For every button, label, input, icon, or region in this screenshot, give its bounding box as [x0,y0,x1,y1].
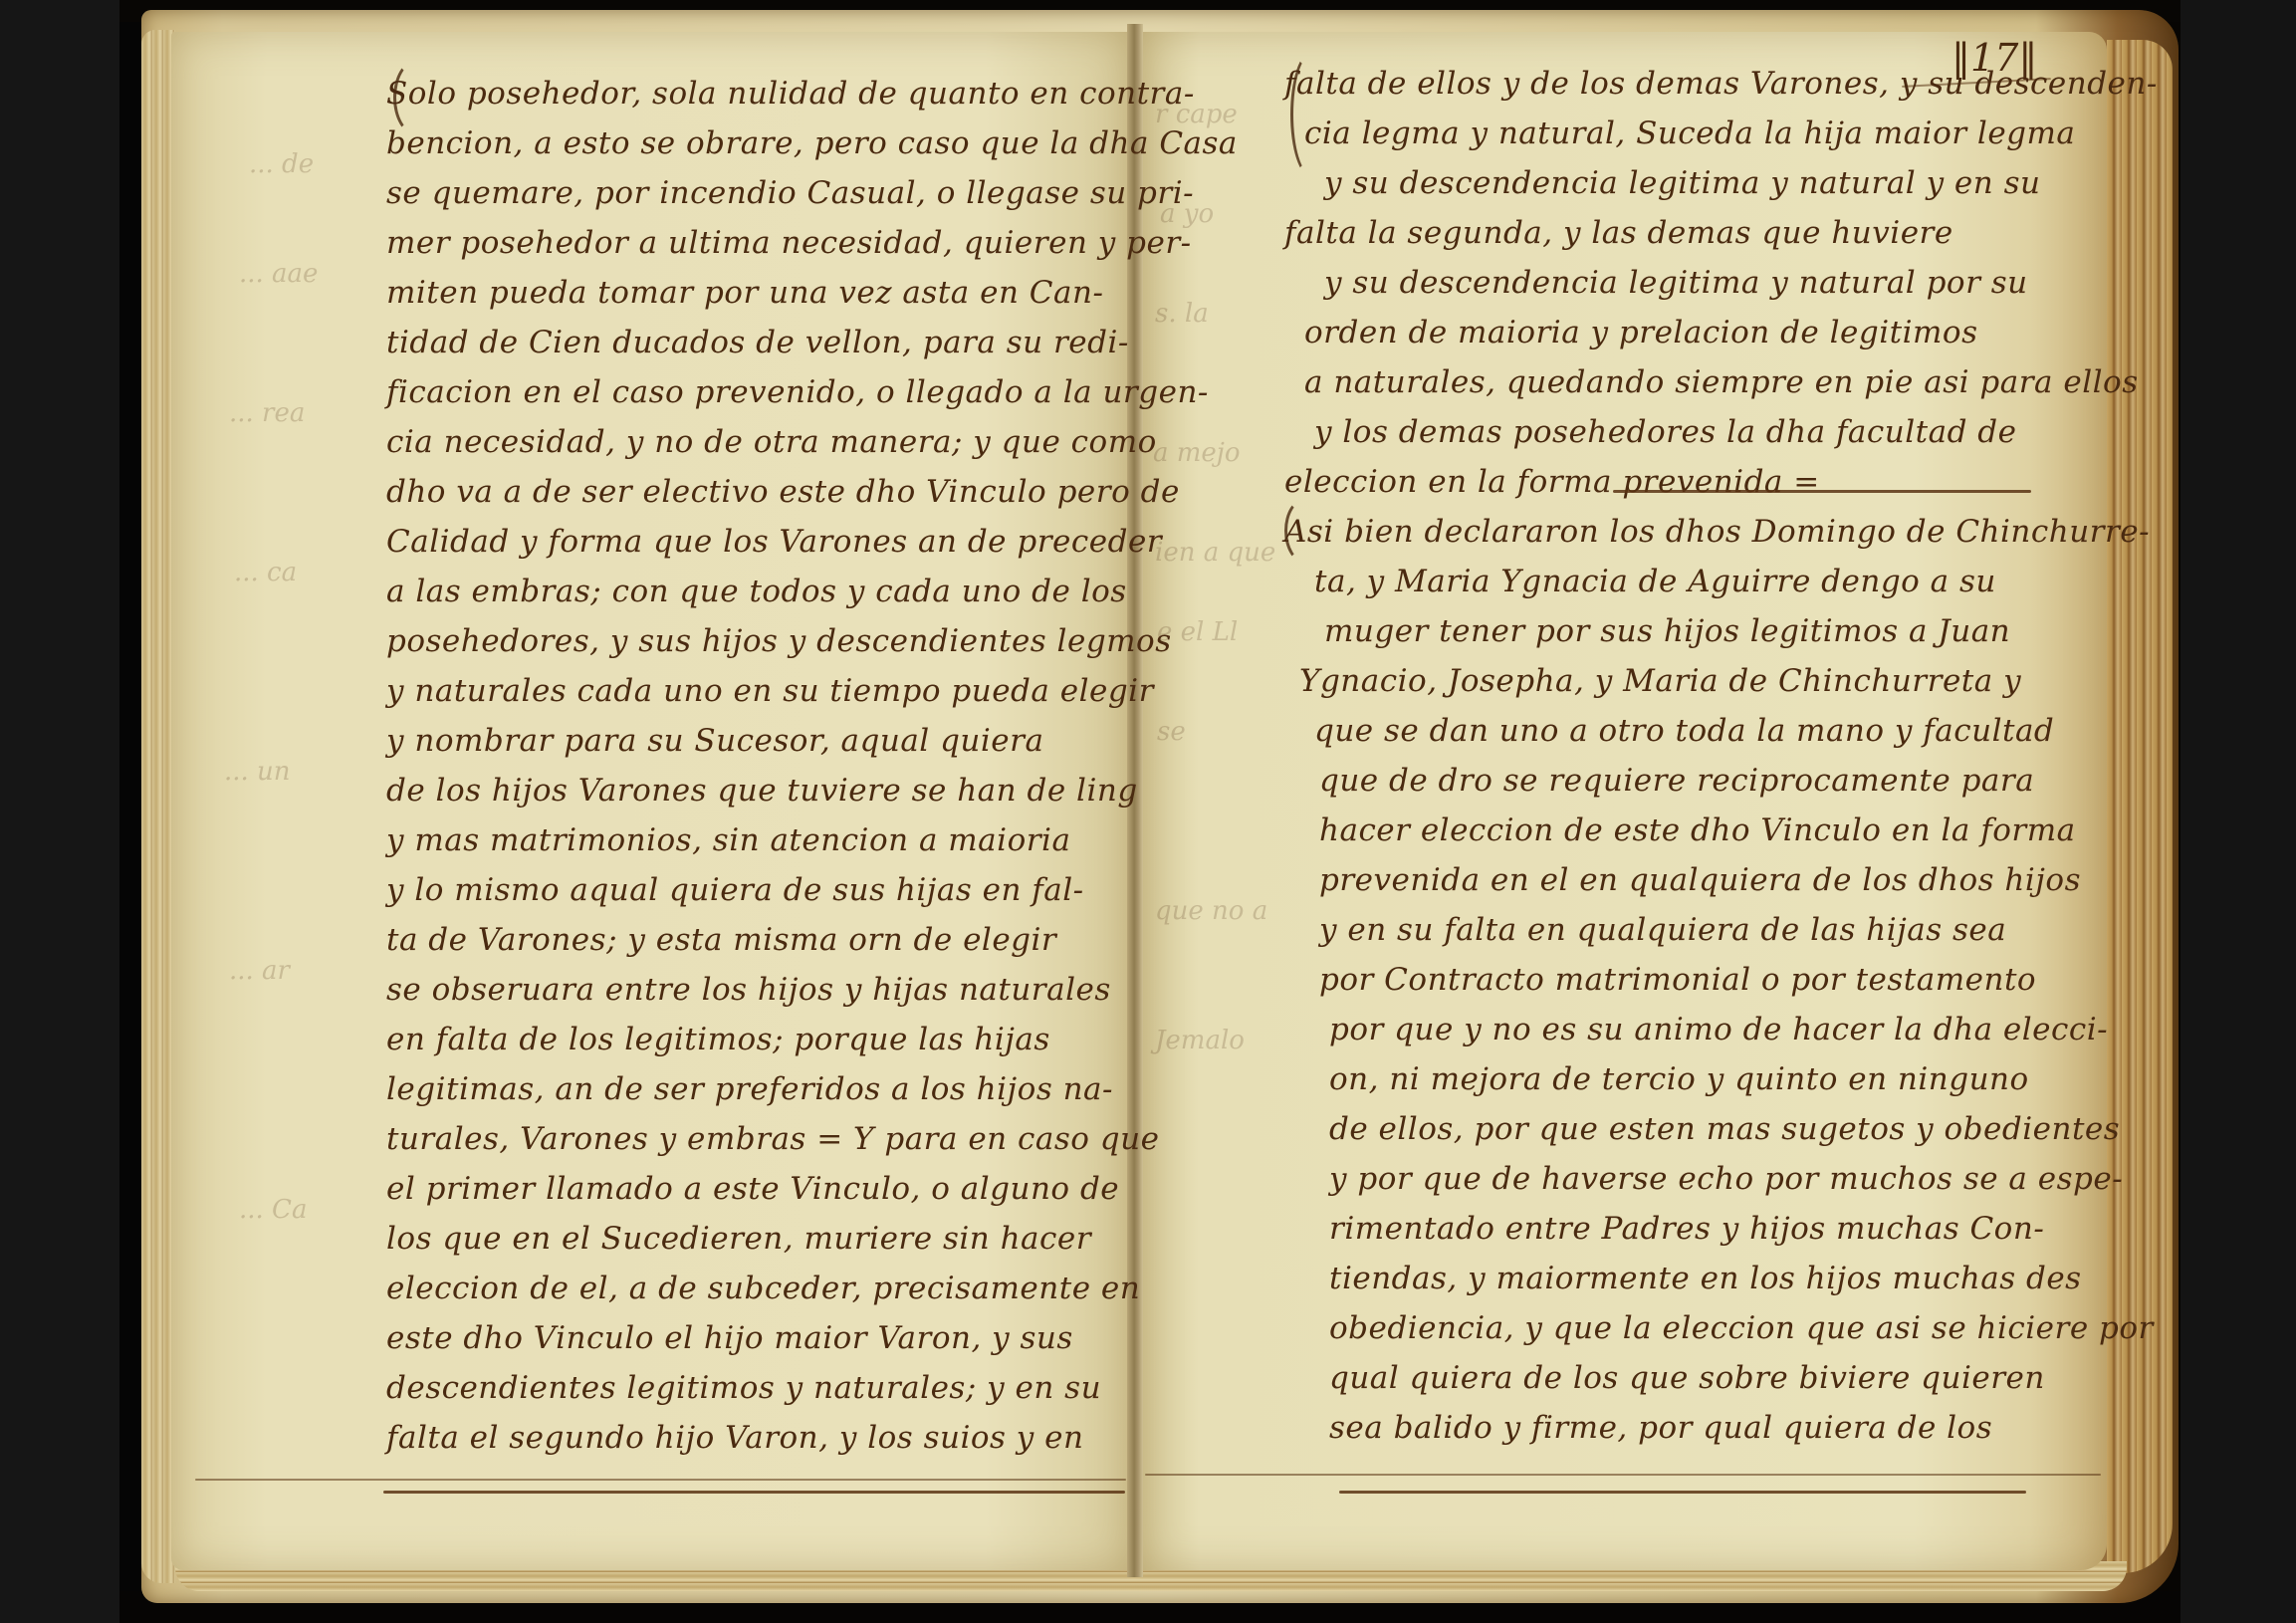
manuscript-line: a las embras; con que todos y cada uno d… [386,574,1127,609]
manuscript-line: y nombrar para su Sucesor, aqual quiera [386,723,1043,759]
manuscript-line: y lo mismo aqual quiera de sus hijas en … [386,872,1084,908]
paragraph-end-rule [1613,490,2031,493]
page-border-rule [195,1479,1126,1481]
manuscript-line: en falta de los legitimos; porque las hi… [386,1022,1050,1057]
bleed-through-mark: ... ar [229,956,290,986]
manuscript-line: a naturales, quedando siempre en pie asi… [1304,364,2139,400]
manuscript-line: mer posehedor a ultima necesidad, quiere… [386,225,1192,261]
closing-line-rule [1339,1491,2026,1494]
manuscript-line: tiendas, y maiormente en los hijos mucha… [1329,1261,2082,1296]
bleed-through-mark: se [1157,717,1186,747]
bleed-through-mark: a mejo [1153,438,1241,468]
manuscript-line: los que en el Sucedieren, muriere sin ha… [386,1221,1091,1257]
manuscript-line: obediencia, y que la eleccion que asi se… [1329,1310,2154,1346]
manuscript-line: legitimas, an de ser preferidos a los hi… [386,1071,1113,1107]
manuscript-line: dho va a de ser electivo este dho Vincul… [386,474,1180,510]
bleed-through-mark: ... rea [229,398,305,428]
manuscript-line: muger tener por sus hijos legitimos a Ju… [1324,613,2010,649]
manuscript-line: prevenida en el en qualquiera de los dho… [1319,862,2081,898]
manuscript-line: que se dan uno a otro toda la mano y fac… [1314,713,2054,749]
bleed-through-mark: ien a que [1155,538,1275,568]
manuscript-line: y mas matrimonios, sin atencion a maiori… [386,822,1070,858]
manuscript-line: que de dro se requiere reciprocamente pa… [1319,763,2034,799]
background-right [2177,0,2296,1623]
bleed-through-mark: ... un [224,757,291,787]
manuscript-line: y su descendencia legitima y natural y e… [1324,165,2040,201]
bleed-through-mark: ... ca [234,558,297,587]
manuscript-line: ta de Varones; y esta misma orn de elegi… [386,922,1056,958]
bleed-through-mark: que no a [1155,896,1267,926]
manuscript-line: por que y no es su animo de hacer la dha… [1329,1012,2108,1047]
manuscript-line: hacer eleccion de este dho Vinculo en la… [1319,812,2076,848]
manuscript-line: falta el segundo hijo Varon, y los suios… [386,1420,1083,1456]
manuscript-line: y por que de haverse echo por muchos se … [1329,1161,2123,1197]
bleed-through-mark: ... de [249,149,314,179]
manuscript-line: y en su falta en qualquiera de las hijas… [1319,912,2006,948]
background-left-shadow [119,0,143,1623]
manuscript-line: rimentado entre Padres y hijos muchas Co… [1329,1211,2044,1247]
background-left [0,0,119,1623]
manuscript-line: el primer llamado a este Vinculo, o algu… [386,1171,1119,1207]
manuscript-line: bencion, a esto se obrare, pero caso que… [386,125,1238,161]
manuscript-line: cia legma y natural, Suceda la hija maio… [1304,116,2075,151]
initial-letter-flourish [393,60,439,135]
manuscript-line: Asi bien declararon los dhos Domingo de … [1284,514,2150,550]
manuscript-line: sea balido y firme, por qual quiera de l… [1329,1410,1992,1446]
closing-line-rule [383,1491,1125,1494]
manuscript-line: falta de ellos y de los demas Varones, y… [1284,66,2158,102]
manuscript-line: cia necesidad, y no de otra manera; y qu… [386,424,1157,460]
manuscript-line: ficacion en el caso prevenido, o llegado… [386,374,1209,410]
manuscript-line: y su descendencia legitima y natural por… [1324,265,2028,301]
manuscript-line: eleccion de el, a de subceder, precisame… [386,1271,1140,1306]
manuscript-line: Solo posehedor, sola nulidad de quanto e… [386,76,1195,112]
bleed-through-mark: ... aae [239,259,318,289]
manuscript-line: y naturales cada uno en su tiempo pueda … [386,673,1154,709]
manuscript-line: falta la segunda, y las demas que huvier… [1284,215,1953,251]
manuscript-line: Ygnacio, Josepha, y Maria de Chinchurret… [1299,663,2021,699]
manuscript-line: descendientes legitimos y naturales; y e… [386,1370,1101,1406]
manuscript-line: Calidad y forma que los Varones an de pr… [386,524,1162,560]
manuscript-line: se obseruara entre los hijos y hijas nat… [386,972,1111,1008]
manuscript-line: y los demas posehedores la dha facultad … [1314,414,2016,450]
manuscript-line: tidad de Cien ducados de vellon, para su… [386,325,1129,360]
initial-letter-flourish [1284,498,1326,564]
manuscript-line: se quemare, por incendio Casual, o llega… [386,175,1194,211]
bleed-through-mark: s. la [1155,299,1209,329]
manuscript-line: turales, Varones y embras = Y para en ca… [386,1121,1159,1157]
bleed-through-mark: ... Ca [239,1195,307,1225]
manuscript-line: de ellos, por que esten mas sugetos y ob… [1329,1111,2120,1147]
manuscript-line: qual quiera de los que sobre biviere qui… [1329,1360,2045,1396]
manuscript-line: orden de maioria y prelacion de legitimo… [1304,315,1978,350]
left-page-stack-edge [141,30,175,1583]
manuscript-line: ta, y Maria Ygnacia de Aguirre dengo a s… [1314,564,1996,599]
manuscript-line: por Contracto matrimonial o por testamen… [1319,962,2036,998]
manuscript-line: miten pueda tomar por una vez asta en Ca… [386,275,1103,311]
manuscript-line: este dho Vinculo el hijo maior Varon, y … [386,1320,1073,1356]
manuscript-line: posehedores, y sus hijos y descendientes… [386,623,1172,659]
manuscript-line: on, ni mejora de tercio y quinto en ning… [1329,1061,2029,1097]
manuscript-line: eleccion en la forma prevenida = [1284,464,1820,500]
bleed-through-mark: Jemalo [1155,1026,1245,1055]
page-border-rule [1145,1474,2101,1476]
manuscript-line: de los hijos Varones que tuviere se han … [386,773,1138,809]
initial-letter-flourish [1290,52,1332,177]
